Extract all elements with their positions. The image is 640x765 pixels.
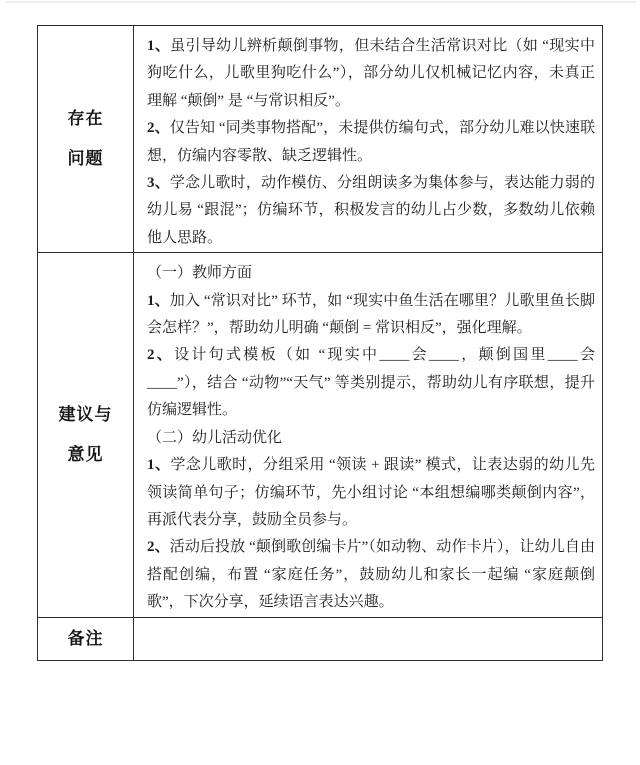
paragraph-number: 1、	[147, 38, 170, 54]
content-paragraph: （二）幼儿活动优化	[147, 425, 595, 452]
row-label-line: 备注	[39, 619, 132, 659]
content-paragraph: 1、虽引导幼儿辨析颠倒事物，但未结合生活常识对比（如 “现实中狗吃什么，儿歌里狗…	[147, 33, 595, 115]
paragraph-number: 3、	[147, 175, 170, 191]
row-label-line: 存在	[39, 99, 132, 139]
table-row-remarks: 备注	[38, 617, 603, 660]
content-paragraph: 1、学念儿歌时，分组采用 “领读 + 跟读” 模式，让表达弱的幼儿先领读简单句子…	[147, 452, 595, 534]
row-content-suggestions: （一）教师方面1、加入 “常识对比” 环节，如 “现实中鱼生活在哪里？儿歌里鱼长…	[134, 253, 603, 617]
paragraph-number: 2、	[147, 120, 170, 136]
review-table: 存在问题1、虽引导幼儿辨析颠倒事物，但未结合生活常识对比（如 “现实中狗吃什么，…	[37, 25, 603, 661]
row-label-problems: 存在问题	[38, 26, 134, 253]
row-content-remarks	[134, 617, 603, 660]
table-row-problems: 存在问题1、虽引导幼儿辨析颠倒事物，但未结合生活常识对比（如 “现实中狗吃什么，…	[38, 26, 603, 253]
row-label-line: 问题	[39, 139, 132, 179]
content-paragraph: 3、学念儿歌时，动作模仿、分组朗读多为集体参与，表达能力弱的幼儿易 “跟混”；仿…	[147, 170, 595, 252]
table-row-suggestions: 建议与意见（一）教师方面1、加入 “常识对比” 环节，如 “现实中鱼生活在哪里？…	[38, 253, 603, 617]
row-label-line: 建议与	[39, 395, 132, 435]
paragraph-number: 2、	[147, 347, 174, 363]
paragraph-number: 1、	[147, 457, 170, 473]
row-label-remarks: 备注	[38, 617, 134, 660]
row-content-problems: 1、虽引导幼儿辨析颠倒事物，但未结合生活常识对比（如 “现实中狗吃什么，儿歌里狗…	[134, 26, 603, 253]
content-paragraph: 2、仅告知 “同类事物搭配”，未提供仿编句式，部分幼儿难以快速联想，仿编内容零散…	[147, 115, 595, 170]
content-paragraph: 1、加入 “常识对比” 环节，如 “现实中鱼生活在哪里？儿歌里鱼长脚会怎样？”，…	[147, 288, 595, 343]
content-paragraph: 2、活动后投放 “颠倒歌创编卡片”（如动物、动作卡片），让幼儿自由搭配创编，布置…	[147, 534, 595, 616]
row-label-suggestions: 建议与意见	[38, 253, 134, 617]
document-page: 存在问题1、虽引导幼儿辨析颠倒事物，但未结合生活常识对比（如 “现实中狗吃什么，…	[0, 0, 640, 765]
content-paragraph: 2、设计句式模板（如 “现实中____会____，颠倒国里____会____”）…	[147, 342, 595, 424]
paragraph-number: 1、	[147, 293, 170, 309]
review-table-body: 存在问题1、虽引导幼儿辨析颠倒事物，但未结合生活常识对比（如 “现实中狗吃什么，…	[38, 26, 603, 661]
paragraph-number: 2、	[147, 539, 170, 555]
page-top-divider	[6, 1, 636, 3]
row-label-line: 意见	[39, 435, 132, 475]
content-paragraph: （一）教师方面	[147, 260, 595, 287]
